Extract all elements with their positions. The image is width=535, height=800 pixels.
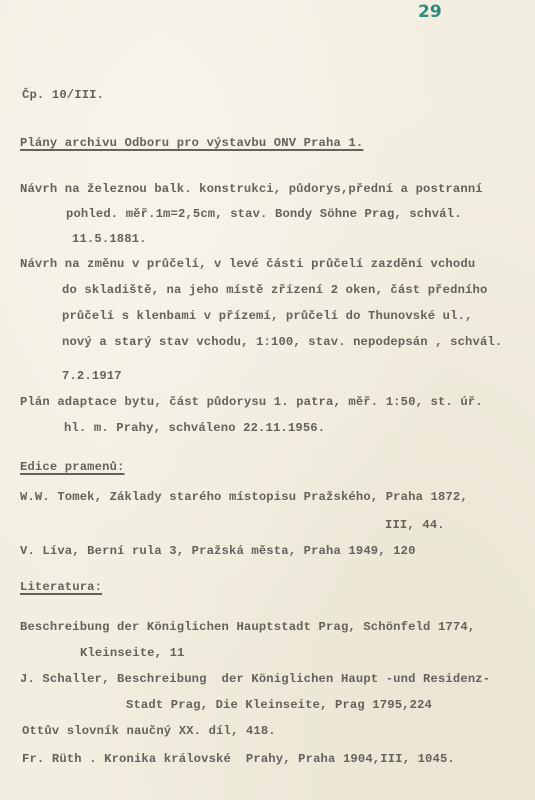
- plan-2-line-4: nový a starý stav vchodu, 1:100, stav. n…: [62, 335, 502, 349]
- literature-3-line-1: Ottův slovník naučný XX. díl, 418.: [22, 724, 276, 738]
- literature-2-line-1: J. Schaller, Beschreibung der Königliche…: [20, 672, 490, 686]
- literature-4-line-1: Fr. Rüth . Kronika královské Prahy, Prah…: [22, 752, 455, 766]
- plan-2-line-1: Návrh na změnu v průčelí, v levé části p…: [20, 257, 475, 271]
- literature-2-line-2: Stadt Prag, Die Kleinseite, Prag 1795,22…: [126, 698, 432, 712]
- plan-1-line-2: pohled. měř.1m=2,5cm, stav. Bondy Söhne …: [66, 207, 462, 221]
- section-heading-literature: Literatura:: [20, 580, 102, 594]
- edition-1-line-2: III, 44.: [385, 518, 445, 532]
- document-page: 29 Čp. 10/III. Plány archivu Odboru pro …: [0, 0, 535, 800]
- plan-1-line-1: Návrh na železnou balk. konstrukci, půdo…: [20, 182, 483, 196]
- section-heading-plans: Plány archivu Odboru pro výstavbu ONV Pr…: [20, 136, 363, 150]
- plan-2-line-5: 7.2.1917: [62, 369, 122, 383]
- edition-2-line-1: V. Líva, Berní rula 3, Pražská města, Pr…: [20, 544, 416, 558]
- plan-2-line-3: průčelí s klenbami v přízemí, průčelí do…: [62, 309, 473, 323]
- literature-1-line-1: Beschreibung der Königlichen Hauptstadt …: [20, 620, 475, 634]
- section-heading-editions: Edice pramenů:: [20, 460, 125, 474]
- plan-3-line-1: Plán adaptace bytu, část půdorysu 1. pat…: [20, 395, 483, 409]
- page-number: 29: [418, 2, 442, 22]
- plan-1-line-3: 11.5.1881.: [72, 232, 147, 246]
- plan-3-line-2: hl. m. Prahy, schváleno 22.11.1956.: [64, 421, 325, 435]
- literature-1-line-2: Kleinseite, 11: [80, 646, 185, 660]
- plan-2-line-2: do skladiště, na jeho místě zřízení 2 ok…: [62, 283, 487, 297]
- edition-1-line-1: W.W. Tomek, Základy starého místopisu Pr…: [20, 490, 468, 504]
- house-number: Čp. 10/III.: [22, 88, 104, 102]
